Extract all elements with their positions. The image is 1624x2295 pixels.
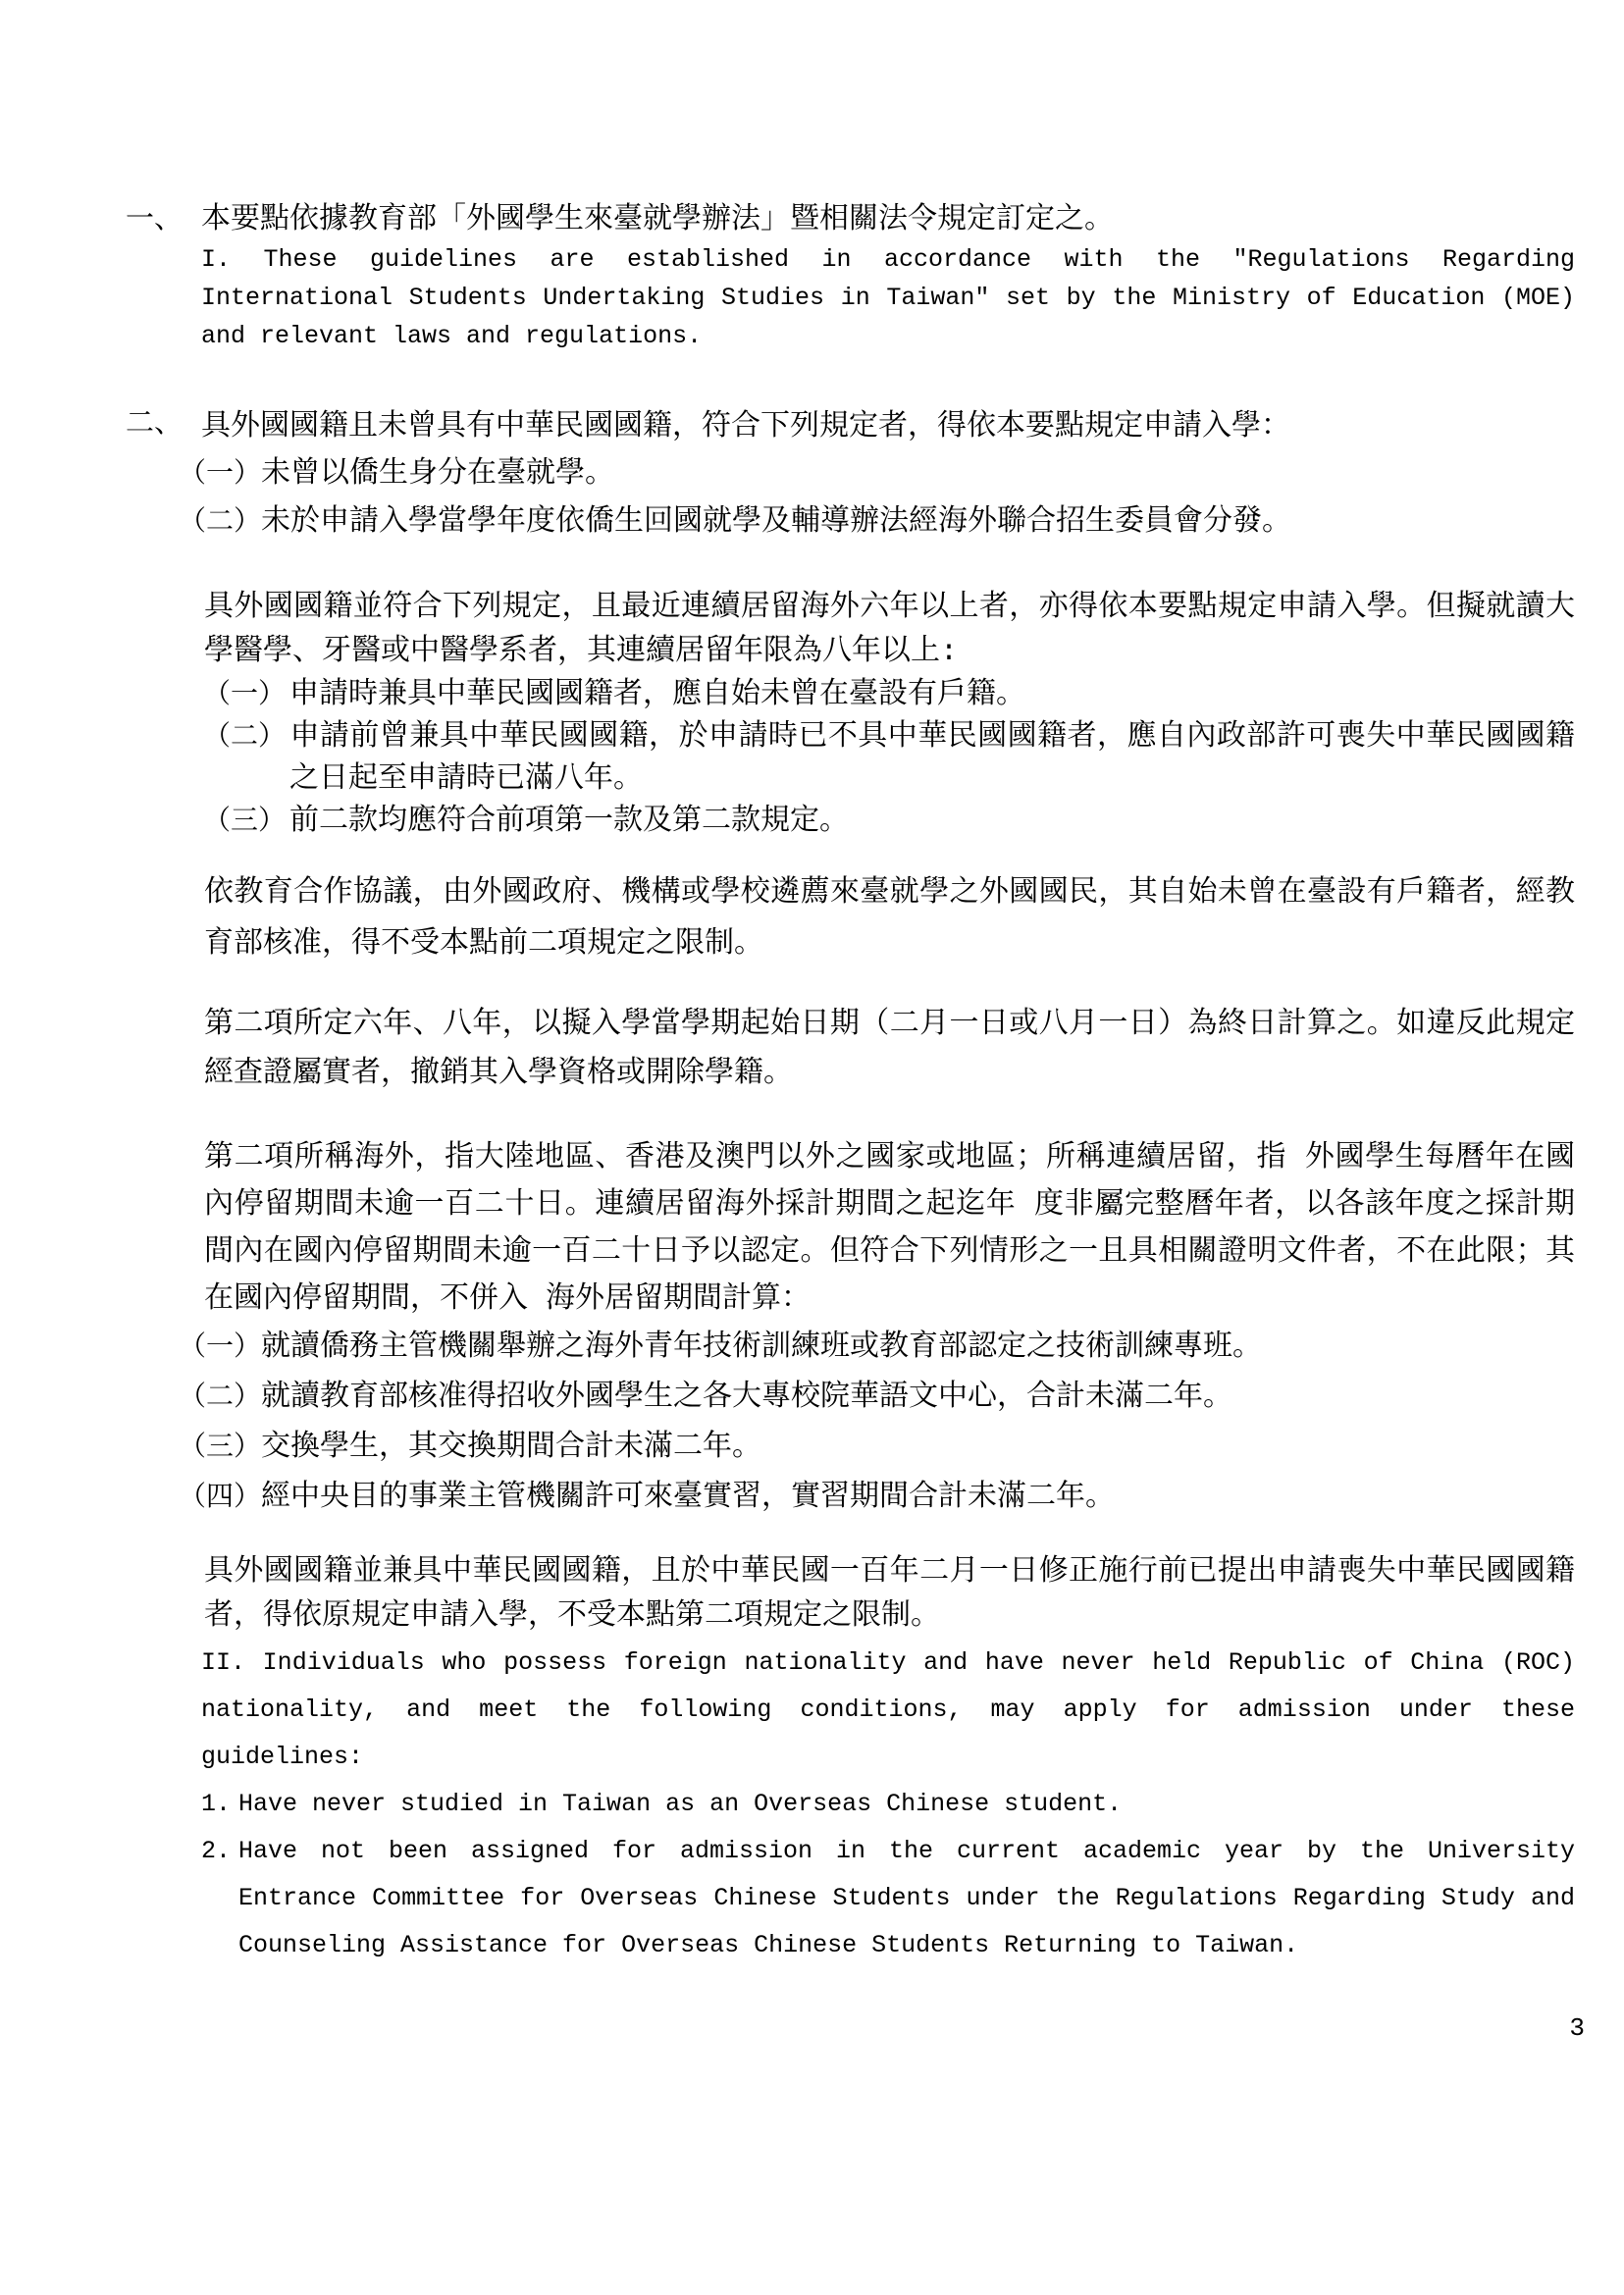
page-number: 3 [1569, 2013, 1585, 2043]
clause-1: 一、 本要點依據教育部「外國學生來臺就學辦法」暨相關法令規定訂定之。 I. Th… [126, 201, 1575, 355]
clause-2-sublist-b: （一）申請時兼具中華民國國籍者，應自始未曾在臺設有戶籍。 （二）申請前曾兼具中華… [203, 675, 1575, 844]
list-item-marker: 1. [201, 1781, 238, 1828]
list-item-text: 交換學生，其交換期間合計未滿二年。 [261, 1432, 761, 1465]
list-item: （三）交換學生，其交換期間合計未滿二年。 [179, 1424, 1575, 1474]
list-item-marker: （一） [179, 452, 261, 499]
clause-2-body: 具外國國籍且未曾具有中華民國國籍，符合下列規定者，得依本要點規定申請入學： （一… [201, 405, 1575, 1969]
clause-2-text-en: II. Individuals who possess foreign nati… [201, 1640, 1575, 1781]
list-item-text: 經中央目的事業主管機關許可來臺實習，實習期間合計未滿二年。 [261, 1482, 1115, 1515]
list-item-text: 申請前曾兼具中華民國國籍，於申請時已不具中華民國國籍者，應自內政部許可喪失中華民… [289, 721, 1575, 797]
list-item-marker: （二） [179, 1375, 261, 1424]
list-item: （三）前二款均應符合前項第一款及第二款規定。 [203, 802, 1575, 844]
list-item: （二）就讀教育部核准得招收外國學生之各大專校院華語文中心，合計未滿二年。 [179, 1374, 1575, 1424]
list-item-text: 前二款均應符合前項第一款及第二款規定。 [289, 806, 849, 839]
list-item-text: 未曾以僑生身分在臺就學。 [261, 458, 614, 492]
list-item-marker: （三） [179, 1425, 261, 1474]
list-item: （二）申請前曾兼具中華民國國籍，於申請時已不具中華民國國籍者，應自內政部許可喪失… [203, 717, 1575, 802]
list-item-marker: 2. [201, 1828, 238, 1875]
list-item: 1.Have never studied in Taiwan as an Ove… [201, 1781, 1575, 1828]
clause-2-number: 二、 [126, 405, 201, 444]
clause-2-paragraph-residency: 具外國國籍並符合下列規定，且最近連續居留海外六年以上者，亦得依本要點規定申請入學… [204, 587, 1575, 675]
list-item: （四）經中央目的事業主管機關許可來臺實習，實習期間合計未滿二年。 [179, 1474, 1575, 1524]
list-item-text: 申請時兼具中華民國國籍者，應自始未曾在臺設有戶籍。 [289, 679, 1025, 712]
list-item: 2.Have not been assigned for admission i… [201, 1828, 1575, 1969]
clause-2-paragraph-overseas-definition: 第二項所稱海外，指大陸地區、香港及澳門以外之國家或地區；所稱連續居留，指 外國學… [204, 1135, 1575, 1324]
clause-2-intro: 具外國國籍且未曾具有中華民國國籍，符合下列規定者，得依本要點規定申請入學： [201, 405, 1575, 451]
list-item: （一）未曾以僑生身分在臺就學。 [179, 451, 1575, 499]
clause-1-text-zh: 本要點依據教育部「外國學生來臺就學辦法」暨相關法令規定訂定之。 [201, 201, 1575, 240]
clause-2-paragraph-calculation: 第二項所定六年、八年，以擬入學當學期起始日期（二月一日或八月一日）為終日計算之。… [204, 1001, 1575, 1099]
clause-2: 二、 具外國國籍且未曾具有中華民國國籍，符合下列規定者，得依本要點規定申請入學：… [126, 405, 1575, 1969]
list-item-marker: （二） [179, 500, 261, 548]
list-item-text: Have not been assigned for admission in … [238, 1837, 1575, 1959]
clause-2-sublist-en: 1.Have never studied in Taiwan as an Ove… [201, 1781, 1575, 1969]
list-item-text: 就讀僑務主管機關舉辦之海外青年技術訓練班或教育部認定之技術訓練專班。 [261, 1331, 1262, 1365]
clause-2-sublist-a: （一）未曾以僑生身分在臺就學。 （二）未於申請入學當學年度依僑生回國就學及輔導辦… [179, 451, 1575, 548]
clause-2-paragraph-dual-nationality: 具外國國籍並兼具中華民國國籍，且於中華民國一百年二月一日修正施行前已提出申請喪失… [204, 1551, 1575, 1640]
list-item-text: Have never studied in Taiwan as an Overs… [238, 1790, 1122, 1818]
clause-1-number: 一、 [126, 201, 201, 240]
list-item: （一）申請時兼具中華民國國籍者，應自始未曾在臺設有戶籍。 [203, 675, 1575, 717]
document-page: 一、 本要點依據教育部「外國學生來臺就學辦法」暨相關法令規定訂定之。 I. Th… [0, 0, 1624, 2295]
list-item-marker: （三） [203, 802, 289, 844]
list-item-marker: （二） [203, 717, 289, 759]
clause-2-paragraph-agreement: 依教育合作協議，由外國政府、機構或學校遴薦來臺就學之外國國民，其自始未曾在臺設有… [204, 868, 1575, 970]
clause-1-text-en: I. These guidelines are established in a… [201, 240, 1575, 355]
list-item-text: 未於申請入學當學年度依僑生回國就學及輔導辦法經海外聯合招生委員會分發。 [261, 506, 1291, 540]
list-item-marker: （四） [179, 1475, 261, 1524]
list-item-marker: （一） [203, 675, 289, 717]
list-item-marker: （一） [179, 1325, 261, 1374]
document-content: 一、 本要點依據教育部「外國學生來臺就學辦法」暨相關法令規定訂定之。 I. Th… [126, 201, 1575, 1969]
clause-2-sublist-c: （一）就讀僑務主管機關舉辦之海外青年技術訓練班或教育部認定之技術訓練專班。 （二… [179, 1324, 1575, 1524]
list-item: （一）就讀僑務主管機關舉辦之海外青年技術訓練班或教育部認定之技術訓練專班。 [179, 1324, 1575, 1374]
list-item: （二）未於申請入學當學年度依僑生回國就學及輔導辦法經海外聯合招生委員會分發。 [179, 499, 1575, 548]
clause-1-body: 本要點依據教育部「外國學生來臺就學辦法」暨相關法令規定訂定之。 I. These… [201, 201, 1575, 355]
list-item-text: 就讀教育部核准得招收外國學生之各大專校院華語文中心，合計未滿二年。 [261, 1382, 1232, 1415]
